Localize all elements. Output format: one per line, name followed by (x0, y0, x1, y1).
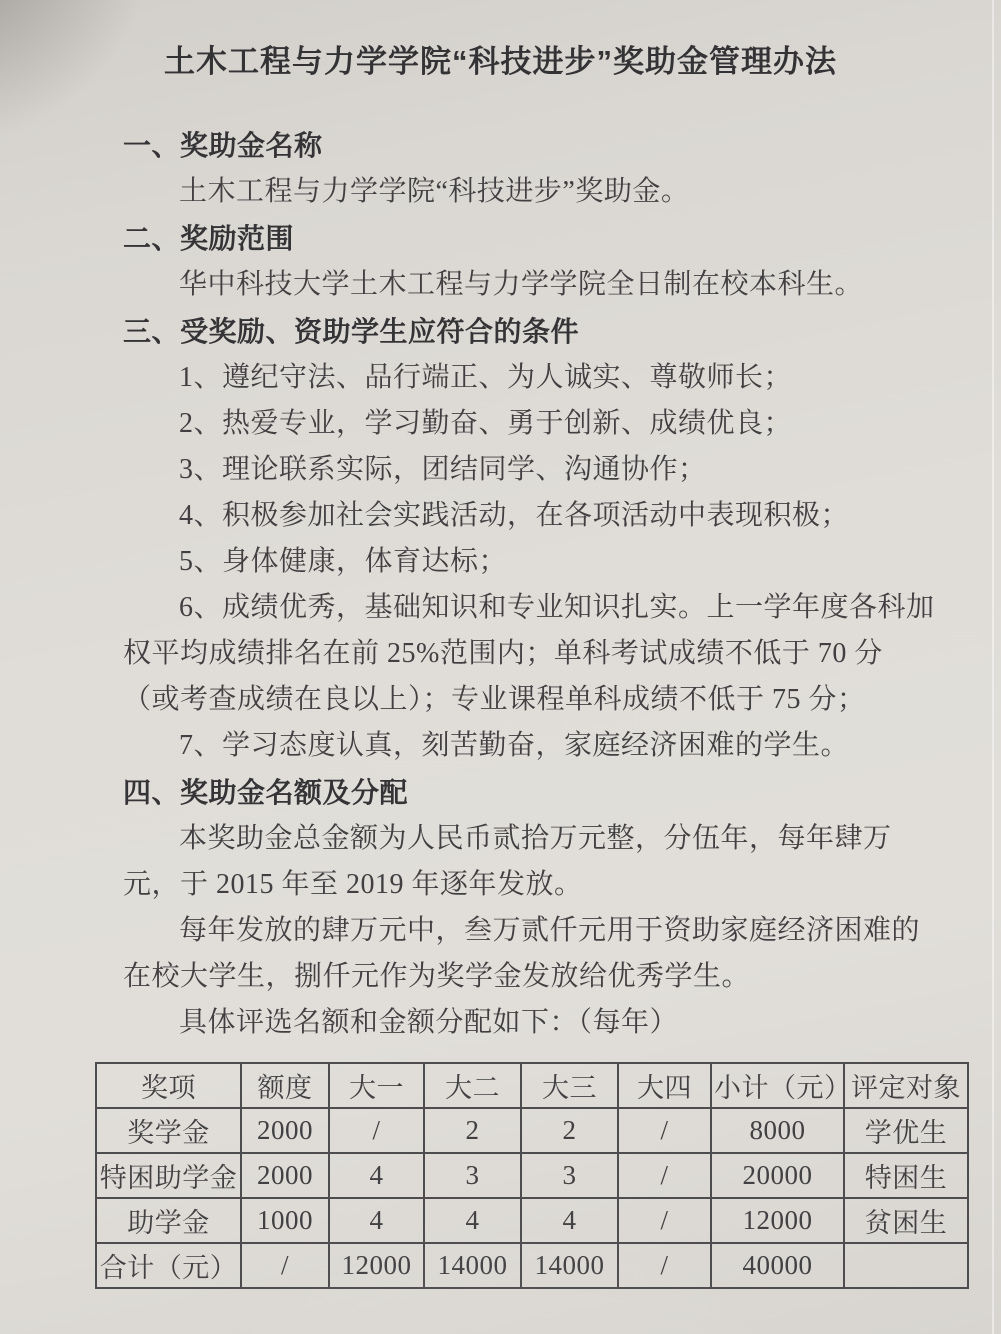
header-freshman: 大一 (329, 1063, 424, 1108)
header-sophomore: 大二 (424, 1063, 521, 1108)
allocation-table: 奖项 额度 大一 大二 大三 大四 小计（元） 评定对象 奖学金 2000 / … (95, 1062, 969, 1289)
cell-award: 合计（元） (96, 1243, 241, 1288)
cell-subtotal: 12000 (711, 1198, 844, 1243)
header-senior: 大四 (618, 1063, 711, 1108)
cell-award: 特困助学金 (96, 1153, 241, 1198)
section-2-heading: 二、奖励范围 (123, 215, 939, 262)
cell-junior: 14000 (521, 1243, 618, 1288)
section-1-heading: 一、奖助金名称 (123, 122, 939, 169)
cell-target: 学优生 (844, 1108, 968, 1153)
cell-award: 助学金 (96, 1198, 241, 1243)
cell-junior: 2 (521, 1108, 618, 1153)
section-4-heading: 四、奖助金名额及分配 (123, 769, 939, 816)
cell-junior: 4 (521, 1198, 618, 1243)
section-4-paragraph-3: 具体评选名额和金额分配如下：（每年） (123, 1000, 939, 1046)
cell-subtotal: 20000 (711, 1153, 844, 1198)
allocation-table-wrapper: 奖项 额度 大一 大二 大三 大四 小计（元） 评定对象 奖学金 2000 / … (95, 1062, 1001, 1289)
cell-amount: 2000 (241, 1108, 329, 1153)
table-row-grant: 助学金 1000 4 4 4 / 12000 贫困生 (96, 1198, 968, 1243)
cell-sophomore: 14000 (424, 1243, 521, 1288)
cell-freshman: / (329, 1108, 424, 1153)
cell-senior: / (618, 1243, 711, 1288)
cell-amount: 1000 (241, 1198, 329, 1243)
section-3-item-7: 7、学习态度认真，刻苦勤奋，家庭经济困难的学生。 (123, 723, 939, 769)
cell-freshman: 4 (329, 1153, 424, 1198)
cell-award: 奖学金 (96, 1108, 241, 1153)
cell-amount: 2000 (241, 1153, 329, 1198)
header-subtotal: 小计（元） (711, 1063, 844, 1108)
cell-senior: / (618, 1153, 711, 1198)
table-row-scholarship: 奖学金 2000 / 2 2 / 8000 学优生 (96, 1108, 968, 1153)
section-3-item-1: 1、遵纪守法、品行端正、为人诚实、尊敬师长； (123, 355, 939, 401)
cell-freshman: 4 (329, 1198, 424, 1243)
cell-subtotal: 8000 (711, 1108, 844, 1153)
cell-target: 贫困生 (844, 1198, 968, 1243)
section-3-item-2: 2、热爱专业，学习勤奋、勇于创新、成绩优良； (123, 401, 939, 447)
cell-target: 特困生 (844, 1153, 968, 1198)
cell-subtotal: 40000 (711, 1243, 844, 1288)
section-2-paragraph-1: 华中科技大学土木工程与力学学院全日制在校本科生。 (123, 262, 939, 308)
cell-senior: / (618, 1108, 711, 1153)
cell-senior: / (618, 1198, 711, 1243)
header-target: 评定对象 (844, 1063, 968, 1108)
section-3-item-5: 5、身体健康，体育达标； (123, 539, 939, 585)
section-4-paragraph-2: 每年发放的肆万元中，叁万贰仟元用于资助家庭经济困难的在校大学生，捌仟元作为奖学金… (123, 908, 939, 1000)
header-junior: 大三 (521, 1063, 618, 1108)
document-body: 一、奖助金名称 土木工程与力学学院“科技进步”奖助金。 二、奖励范围 华中科技大… (123, 122, 939, 1046)
section-3-item-6: 6、成绩优秀，基础知识和专业知识扎实。上一学年度各科加权平均成绩排名在前 25%… (123, 585, 939, 723)
cell-freshman: 12000 (329, 1243, 424, 1288)
section-3-heading: 三、受奖励、资助学生应符合的条件 (123, 308, 939, 355)
cell-amount: / (241, 1243, 329, 1288)
cell-sophomore: 4 (424, 1198, 521, 1243)
cell-junior: 3 (521, 1153, 618, 1198)
section-3-item-3: 3、理论联系实际，团结同学、沟通协作； (123, 447, 939, 493)
section-3-item-4: 4、积极参加社会实践活动，在各项活动中表现积极； (123, 493, 939, 539)
cell-target (844, 1243, 968, 1288)
table-row-special-grant: 特困助学金 2000 4 3 3 / 20000 特困生 (96, 1153, 968, 1198)
cell-sophomore: 2 (424, 1108, 521, 1153)
header-award: 奖项 (96, 1063, 241, 1108)
cell-sophomore: 3 (424, 1153, 521, 1198)
table-header-row: 奖项 额度 大一 大二 大三 大四 小计（元） 评定对象 (96, 1063, 968, 1108)
document-page: 土木工程与力学学院“科技进步”奖助金管理办法 一、奖助金名称 土木工程与力学学院… (0, 0, 1001, 1334)
document-title: 土木工程与力学学院“科技进步”奖助金管理办法 (0, 0, 1001, 82)
section-4-paragraph-1: 本奖助金总金额为人民币贰拾万元整，分伍年，每年肆万元，于 2015 年至 201… (123, 816, 939, 908)
section-1-paragraph-1: 土木工程与力学学院“科技进步”奖助金。 (123, 169, 939, 215)
table-row-total: 合计（元） / 12000 14000 14000 / 40000 (96, 1243, 968, 1288)
header-amount: 额度 (241, 1063, 329, 1108)
